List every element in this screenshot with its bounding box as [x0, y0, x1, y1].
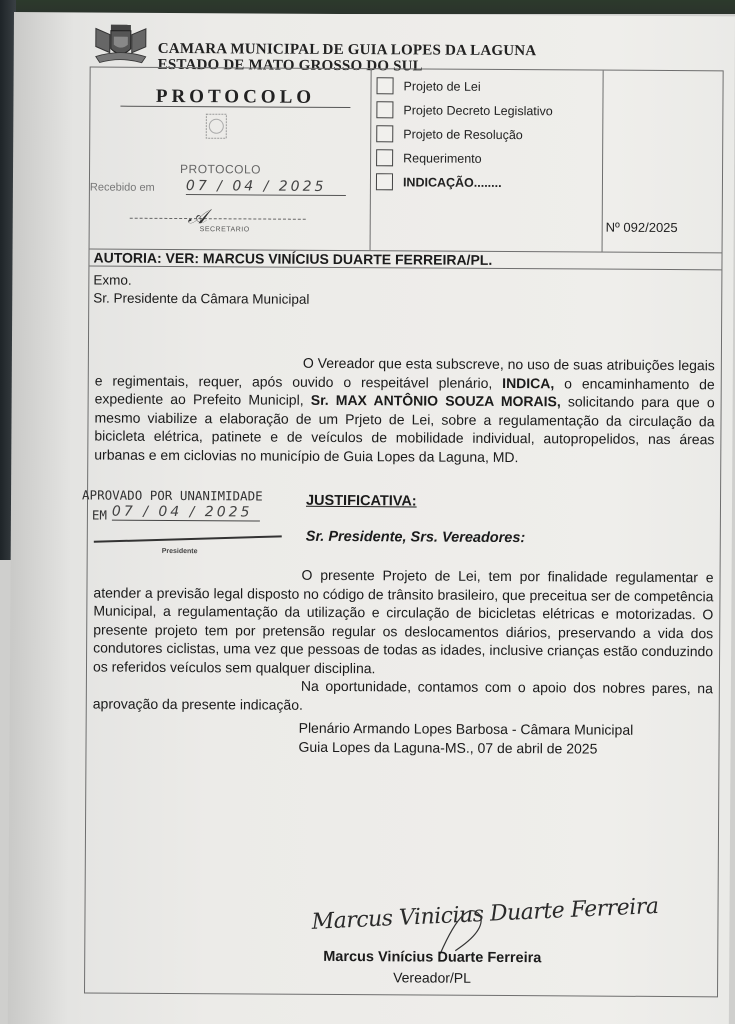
option-label: Projeto Decreto Legislativo [403, 103, 552, 118]
option-label: Requerimento [403, 151, 482, 165]
text-run: Na oportunidade, contamos com o apoio do… [301, 678, 713, 697]
text-run-bold: INDICA, [502, 374, 554, 390]
option-projeto-decreto-legislativo[interactable]: Projeto Decreto Legislativo [376, 101, 552, 119]
received-label: Recebido em [90, 181, 155, 193]
request-paragraph: O Vereador que esta subscreve, no uso de… [94, 353, 715, 468]
stamp-crest-icon [202, 112, 230, 142]
signer-name: Marcus Vinícius Duarte Ferreira [323, 949, 541, 966]
text-run: O Vereador que esta subscreve, no uso de… [303, 355, 675, 373]
option-indicacao[interactable]: INDICAÇÃO........ [376, 173, 502, 191]
option-label: Projeto de Resolução [403, 127, 523, 142]
salutation-line-1: Exmo. [93, 271, 309, 290]
secretary-label: SECRETARIO [200, 226, 250, 233]
approval-date: 07 / 04 / 2025 [112, 504, 260, 522]
signature-flourish-icon [435, 906, 495, 956]
text-run: O presente Projeto de Lei, tem por final… [302, 567, 714, 586]
approval-stamp: APROVADO POR UNANIMIDADE EM 07 / 04 / 20… [82, 487, 292, 503]
number-cell: Nº 092/2025 [602, 71, 723, 253]
protocol-stamp-title: PROTOCOLO [120, 86, 350, 108]
justification-paragraph-2: Na oportunidade, contamos com o apoio do… [93, 675, 713, 716]
checkbox[interactable] [377, 77, 394, 94]
text-run: aprovação da presente indicação. [93, 695, 303, 712]
document-page: CAMARA MUNICIPAL DE GUIA LOPES DA LAGUNA… [8, 12, 735, 1024]
signer-role: Vereador/PL [393, 969, 471, 985]
checkbox[interactable] [376, 101, 393, 118]
closing-place: Plenário Armando Lopes Barbosa - Câmara … [299, 719, 634, 740]
president-label: Presidente [162, 548, 198, 555]
text-run: atender a previsão legal disposto no cód… [93, 584, 714, 676]
justification-vocative: Sr. Presidente, Srs. Vereadores: [306, 529, 526, 546]
document-type-options: Projeto de Lei Projeto Decreto Legislati… [370, 69, 604, 251]
text-run-bold: Sr. MAX ANTÔNIO SOUZA MORAIS, [311, 392, 561, 410]
received-date: 07 / 04 / 2025 [186, 178, 346, 196]
protocol-table: PROTOCOLO PROTOCOLO Recebido em 07 / 04 … [90, 67, 723, 253]
coat-of-arms-icon [92, 18, 150, 66]
approval-text: APROVADO POR UNANIMIDADE [82, 487, 292, 503]
authorship-line: AUTORIA: VER: MARCUS VINÍCIUS DUARTE FER… [89, 248, 721, 270]
salutation-line-2: Sr. Presidente da Câmara Municipal [93, 289, 309, 308]
closing-date: Guia Lopes da Laguna-MS., 07 de abril de… [298, 738, 597, 758]
checkbox[interactable] [376, 173, 393, 190]
protocol-stamp-label: PROTOCOLO [180, 162, 261, 176]
option-requerimento[interactable]: Requerimento [376, 149, 482, 167]
option-label: Projeto de Lei [404, 79, 481, 93]
option-label: INDICAÇÃO........ [403, 175, 502, 190]
secretary-initials: 𝒜 [188, 204, 207, 228]
justification-heading: JUSTIFICATIVA: [306, 493, 417, 510]
option-projeto-de-resolucao[interactable]: Projeto de Resolução [376, 125, 523, 143]
form-frame: PROTOCOLO PROTOCOLO Recebido em 07 / 04 … [84, 66, 724, 997]
approval-em-label: EM [92, 507, 107, 522]
president-signature-line [94, 535, 282, 542]
document-number: Nº 092/2025 [606, 220, 678, 235]
checkbox[interactable] [376, 149, 393, 166]
secretary-signature-line [130, 218, 306, 220]
option-projeto-de-lei[interactable]: Projeto de Lei [377, 77, 481, 95]
justification-paragraph-1: O presente Projeto de Lei, tem por final… [93, 564, 714, 679]
salutation: Exmo. Sr. Presidente da Câmara Municipal [93, 271, 309, 308]
checkbox[interactable] [376, 125, 393, 142]
protocol-stamp-cell: PROTOCOLO PROTOCOLO Recebido em 07 / 04 … [90, 67, 372, 250]
